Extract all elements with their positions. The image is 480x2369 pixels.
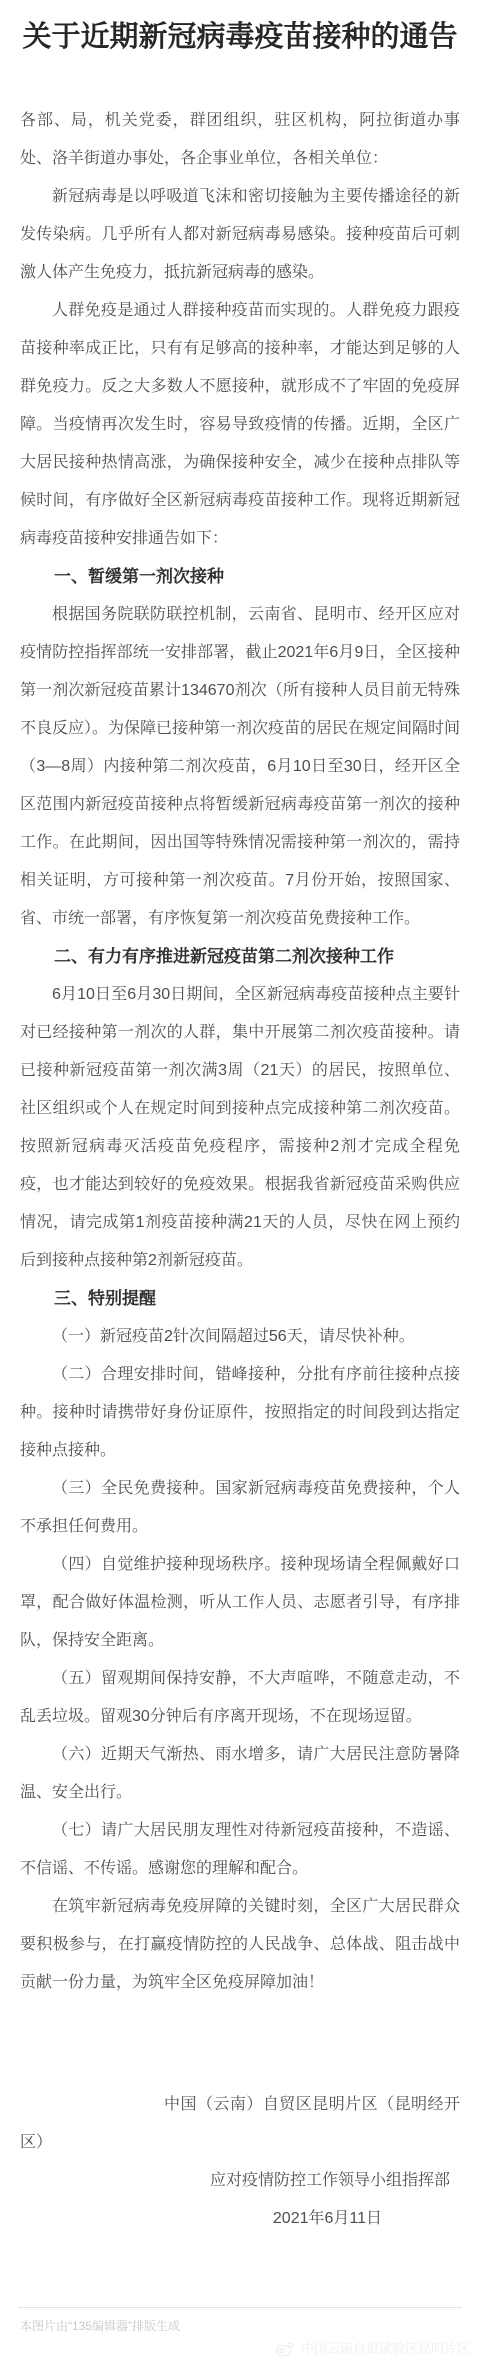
watermark-text: 中国云南自贸试验区昆明片区 (301, 2341, 470, 2357)
reminder-item-5: （五）留观期间保持安静，不大声喧哗，不随意走动，不乱丢垃圾。留观30分钟后有序离… (20, 1660, 460, 1736)
signature-date: 2021年6月11日 (20, 2200, 460, 2238)
reminder-item-6: （六）近期天气渐热、雨水增多，请广大居民注意防暑降温、安全出行。 (20, 1736, 460, 1812)
reminder-item-7: （七）请广大居民朋友理性对待新冠疫苗接种，不造谣、不信谣、不传谣。感谢您的理解和… (20, 1812, 460, 1888)
weibo-watermark: 中国云南自贸试验区昆明片区 (275, 2340, 470, 2357)
reminder-item-2: （二）合理安排时间，错峰接种，分批有序前往接种点接种。接种时请携带好身份证原件，… (20, 1356, 460, 1470)
reminder-item-3: （三）全民免费接种。国家新冠病毒疫苗免费接种，个人不承担任何费用。 (20, 1470, 460, 1546)
editor-credit-note: 本图片由“135编辑器”排版生成 (20, 2316, 480, 2336)
signature-department: 应对疫情防控工作领导小组指挥部 (20, 2162, 460, 2200)
footer-divider (18, 2307, 462, 2308)
paragraph: 6月10日至6月30日期间，全区新冠病毒疫苗接种点主要针对已经接种第一剂次的人群… (20, 976, 460, 1280)
paragraph: 新冠病毒是以呼吸道飞沫和密切接触为主要传播途径的新发传染病。几乎所有人都对新冠病… (20, 178, 460, 292)
signature-gap (20, 2002, 460, 2086)
notice-body: 各部、局，机关党委，群团组织，驻区机构，阿拉街道办事处、洛羊街道办事处，各企事业… (0, 102, 480, 2238)
salutation: 各部、局，机关党委，群团组织，驻区机构，阿拉街道办事处、洛羊街道办事处，各企事业… (20, 102, 460, 178)
section-heading-2: 二、有力有序推进新冠疫苗第二剂次接种工作 (20, 938, 460, 976)
closing-paragraph: 在筑牢新冠病毒免疫屏障的关键时刻，全区广大居民群众要积极参与，在打赢疫情防控的人… (20, 1888, 460, 2002)
weibo-icon (275, 2340, 296, 2357)
notice-title: 关于近期新冠病毒疫苗接种的通告 (10, 14, 470, 60)
paragraph: 根据国务院联防联控机制，云南省、昆明市、经开区应对疫情防控指挥部统一安排部署，截… (20, 596, 460, 938)
section-heading-1: 一、暂缓第一剂次接种 (20, 558, 460, 596)
paragraph: 人群免疫是通过人群接种疫苗而实现的。人群免疫力跟疫苗接种率成正比，只有有足够高的… (20, 292, 460, 558)
signature-organization: 中国（云南）自贸区昆明片区（昆明经开区） (20, 2086, 460, 2162)
notice-document: 关于近期新冠病毒疫苗接种的通告 各部、局，机关党委，群团组织，驻区机构，阿拉街道… (0, 14, 480, 2336)
reminder-item-4: （四）自觉维护接种现场秩序。接种现场请全程佩戴好口罩，配合做好体温检测，听从工作… (20, 1546, 460, 1660)
section-heading-3: 三、特别提醒 (20, 1280, 460, 1318)
reminder-item-1: （一）新冠疫苗2针次间隔超过56天，请尽快补种。 (20, 1318, 460, 1356)
